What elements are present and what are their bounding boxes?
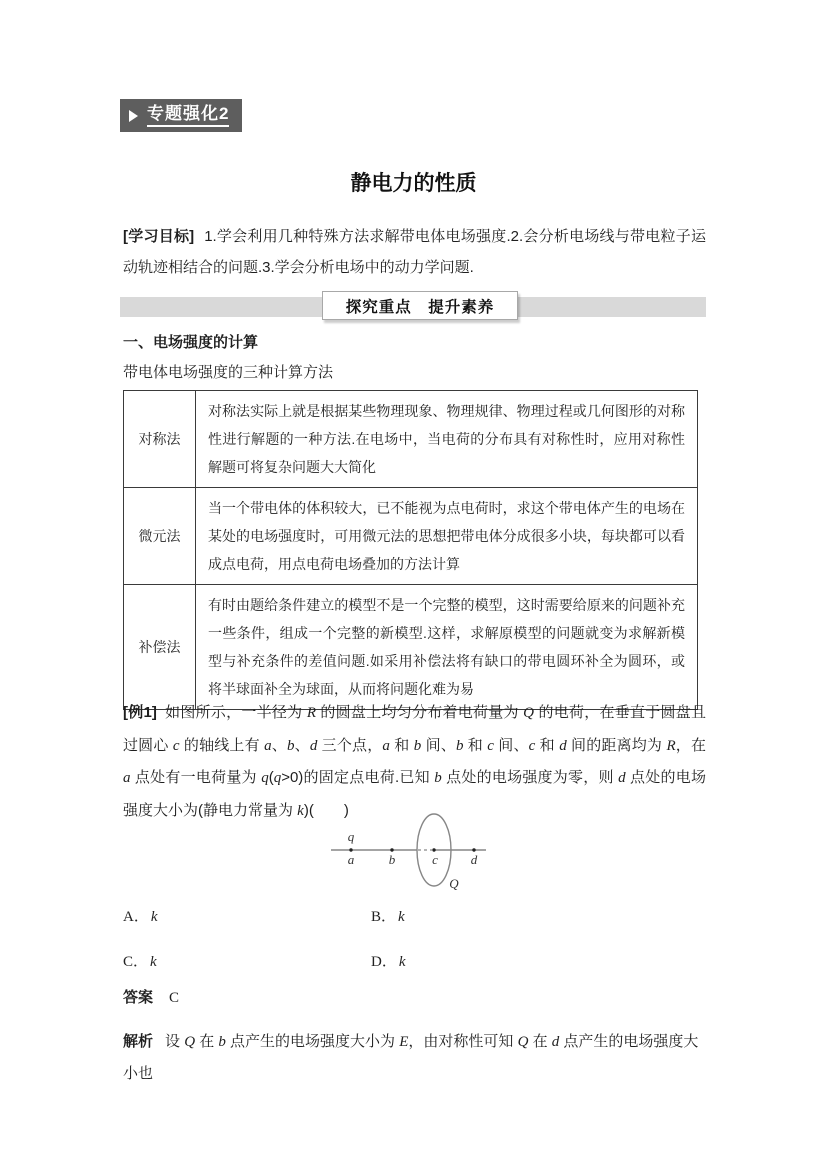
topic-badge-label: 专题强化2 <box>147 105 229 127</box>
method-name-cell: 微元法 <box>124 488 196 585</box>
option-c: C．k <box>123 950 157 971</box>
answer-row: 答案C <box>123 986 179 1007</box>
topic-badge: 专题强化2 <box>120 99 242 132</box>
point-d-label: d <box>471 852 478 867</box>
point-c-label: c <box>432 852 438 867</box>
option-letter: B <box>371 909 381 925</box>
analysis-label: 解析 <box>123 1033 153 1050</box>
point-b-label: b <box>389 852 396 867</box>
arrow-right-icon <box>129 110 138 122</box>
option-value: k <box>151 909 158 925</box>
section-banner: 探究重点 提升素养 <box>322 291 518 320</box>
option-b: B．k <box>371 905 405 926</box>
option-d: D．k <box>371 950 406 971</box>
method-desc-cell: 对称法实际上就是根据某些物理现象、物理规律、物理过程或几何图形的对称性进行解题的… <box>196 391 698 488</box>
section-heading: 一、电场强度的计算 <box>123 331 258 352</box>
method-desc-cell: 有时由题给条件建立的模型不是一个完整的模型，这时需要给原来的问题补充一些条件，组… <box>196 585 698 710</box>
method-desc-cell: 当一个带电体的体积较大，已不能视为点电荷时，求这个带电体产生的电场在某处的电场强… <box>196 488 698 585</box>
objectives-text: 1.学会利用几种特殊方法求解带电体电场强度.2.会分析电场线与带电粒子运动轨迹相… <box>123 228 706 276</box>
example-text: 如图所示，一半径为 R 的圆盘上均匀分布着电荷量为 Q 的电荷，在垂直于圆盘且过… <box>123 704 706 819</box>
option-separator: ． <box>133 954 148 970</box>
option-letter: C <box>123 954 133 970</box>
methods-table: 对称法 对称法实际上就是根据某些物理现象、物理规律、物理过程或几何图形的对称性进… <box>123 390 698 710</box>
option-value: k <box>398 909 405 925</box>
table-row: 补偿法 有时由题给条件建立的模型不是一个完整的模型，这时需要给原来的问题补充一些… <box>124 585 698 710</box>
analysis-text: 设 Q 在 b 点产生的电场强度大小为 E，由对称性可知 Q 在 d 点产生的电… <box>123 1033 698 1082</box>
option-value: k <box>399 954 406 970</box>
charge-Q-label: Q <box>449 876 459 891</box>
section-subheading: 带电体电场强度的三种计算方法 <box>123 361 333 382</box>
option-separator: ． <box>381 909 396 925</box>
objectives-label: [学习目标] <box>123 228 194 245</box>
example-label: [例1] <box>123 704 157 721</box>
charge-q-label: q <box>348 829 355 844</box>
page-title: 静电力的性质 <box>0 167 827 197</box>
physics-diagram: q a b c d Q <box>328 808 508 900</box>
option-letter: D <box>371 954 382 970</box>
section-banner-label: 探究重点 提升素养 <box>346 295 495 317</box>
table-row: 微元法 当一个带电体的体积较大，已不能视为点电荷时，求这个带电体产生的电场在某处… <box>124 488 698 585</box>
option-separator: ． <box>134 909 149 925</box>
point-a-label: a <box>348 852 355 867</box>
option-value: k <box>150 954 157 970</box>
table-row: 对称法 对称法实际上就是根据某些物理现象、物理规律、物理过程或几何图形的对称性进… <box>124 391 698 488</box>
answer-label: 答案 <box>123 989 153 1006</box>
method-name-cell: 补偿法 <box>124 585 196 710</box>
answer-value: C <box>169 990 179 1006</box>
method-name-cell: 对称法 <box>124 391 196 488</box>
objectives-paragraph: [学习目标]1.学会利用几种特殊方法求解带电体电场强度.2.会分析电场线与带电粒… <box>123 221 706 283</box>
option-separator: ． <box>382 954 397 970</box>
option-letter: A <box>123 909 134 925</box>
analysis-paragraph: 解析设 Q 在 b 点产生的电场强度大小为 E，由对称性可知 Q 在 d 点产生… <box>123 1026 713 1089</box>
option-a: A．k <box>123 905 158 926</box>
document-page: 专题强化2 静电力的性质 [学习目标]1.学会利用几种特殊方法求解带电体电场强度… <box>0 0 827 1169</box>
